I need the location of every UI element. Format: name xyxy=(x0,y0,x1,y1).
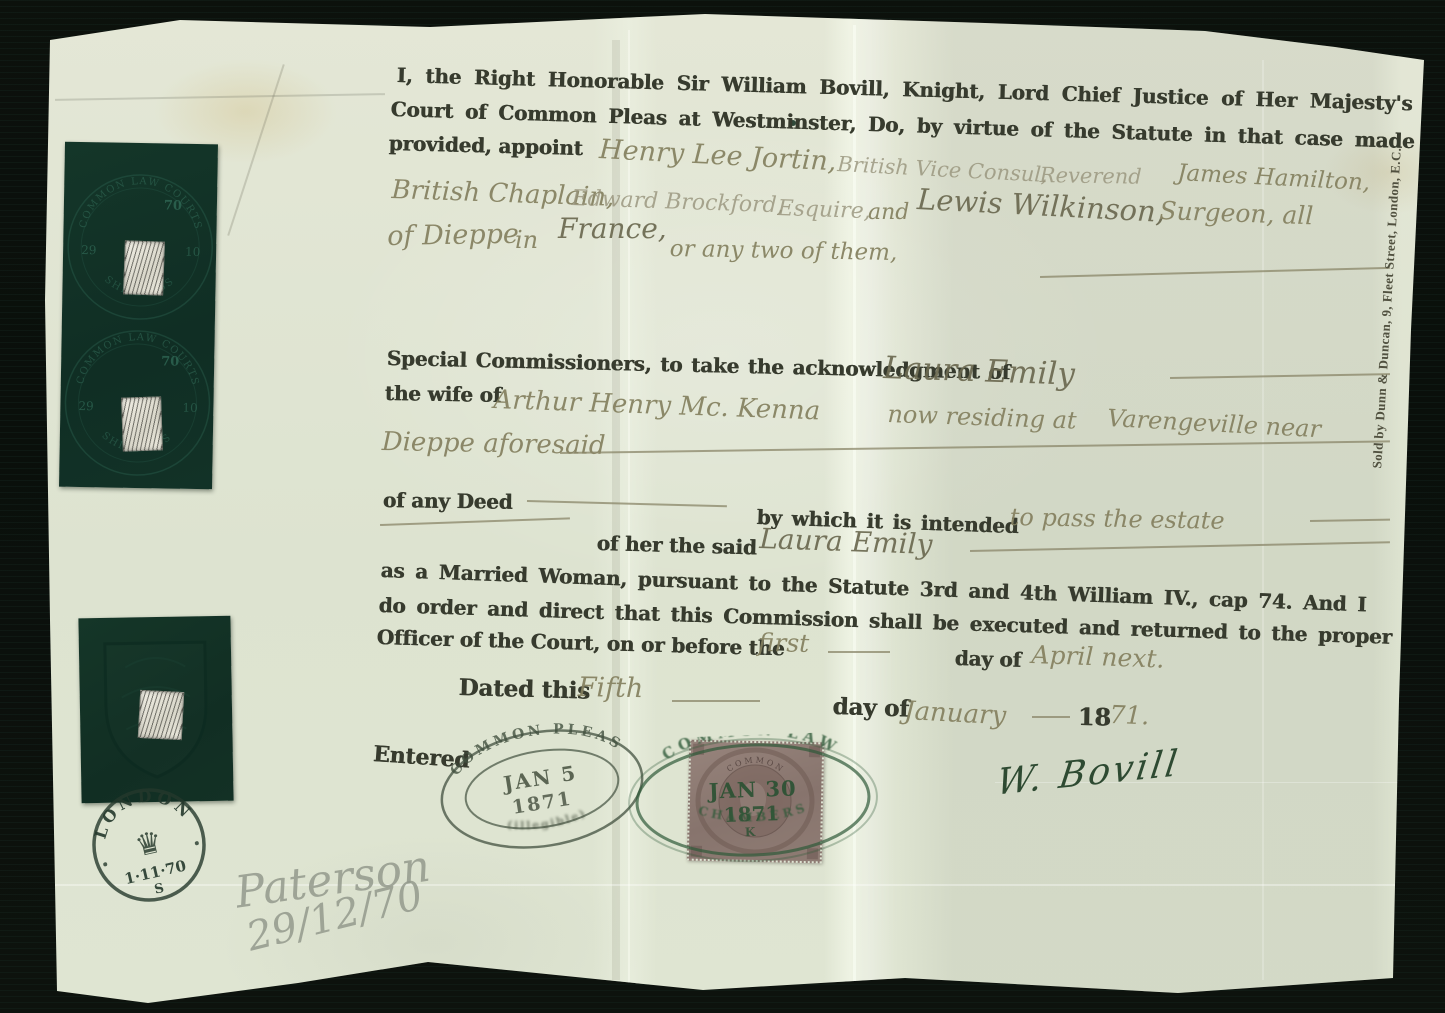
handwritten-return-month: April next. xyxy=(1031,640,1165,674)
handwritten-word: and xyxy=(868,200,909,225)
handwritten-year: 71. xyxy=(1109,700,1150,730)
seal-number: 10 xyxy=(185,245,201,259)
printed-line: Dated this xyxy=(458,674,590,705)
handwritten-appointee-name: James Hamilton, xyxy=(1177,160,1371,196)
seal-number: 10 xyxy=(182,401,198,415)
dot-ornament xyxy=(103,862,108,867)
handwritten-word: in xyxy=(515,226,538,254)
ruled-line xyxy=(527,500,727,507)
printed-line: of her the said xyxy=(596,531,757,559)
svg-text:COMMON LAW COURTS: COMMON LAW COURTS xyxy=(78,175,205,232)
seal-number: 29 xyxy=(81,243,97,257)
ruled-line xyxy=(1170,373,1390,378)
fold-crease-horizontal xyxy=(55,93,385,101)
handwritten-appointee-name: Henry Lee Jortin, xyxy=(598,134,837,177)
handwritten-said-name: Laura Emily xyxy=(759,522,933,561)
handwritten-appointee-name: Lewis Wilkinson, xyxy=(916,182,1166,229)
ruled-line xyxy=(970,541,1390,551)
seal-number: 70 xyxy=(164,198,182,213)
ruled-line xyxy=(1040,267,1390,278)
ruled-line xyxy=(1032,716,1070,718)
printed-line: provided, appoint xyxy=(388,131,583,160)
printed-line: the wife of xyxy=(385,381,502,407)
seller-imprint: Sold by Dunn & Duncan, 9, Fleet Street, … xyxy=(1369,143,1405,473)
ruled-line xyxy=(1310,519,1390,522)
ruled-line xyxy=(672,700,760,702)
ruled-line xyxy=(380,517,570,525)
seal-number: 70 xyxy=(161,354,179,369)
handwritten-place: Dieppe aforesaid xyxy=(381,427,605,461)
printed-line: of any Deed xyxy=(383,488,513,514)
printed-line: day of xyxy=(954,646,1021,672)
handwritten-clause: or any two of them, xyxy=(670,236,898,266)
stamp-index-letter: K xyxy=(745,825,756,839)
handwritten-word: Reverend xyxy=(1040,163,1142,189)
handwritten-appointee-title: Surgeon, all xyxy=(1159,196,1314,230)
signature-w-bovill: W. Bovill xyxy=(994,743,1182,804)
handwritten-clause: now residing at xyxy=(887,400,1077,435)
fold-crease-vertical xyxy=(1262,60,1264,980)
london-index-letter: S xyxy=(153,881,166,898)
handwritten-return-day: first xyxy=(757,628,809,658)
foil-security-patch xyxy=(121,396,163,451)
seal-number: 29 xyxy=(78,399,94,413)
handwritten-dated-day: Fifth xyxy=(577,672,643,704)
parchment-document: I, the Right Honorable Sir William Bovil… xyxy=(0,0,1445,1013)
printed-year: 18 xyxy=(1077,702,1111,732)
svg-text:COMMON LAW COURTS: COMMON LAW COURTS xyxy=(75,331,202,388)
oval-arc-text: COMMON LAW xyxy=(658,730,844,764)
handwritten-place: France, xyxy=(558,212,667,245)
svg-text:COMMON LAW: COMMON LAW xyxy=(658,730,844,764)
seal-arc-text: COMMON LAW COURTS xyxy=(78,175,205,232)
fold-crease-diagonal xyxy=(227,64,285,236)
handwritten-place: Varengeville near xyxy=(1107,404,1322,443)
handwritten-acknowledger-name: Laura Emily xyxy=(883,350,1076,393)
handwritten-appointee-title: British Vice Consul, xyxy=(837,152,1049,187)
jan30-oval-overprint: COMMON LAW JAN 30 1871 K CHAMBERS xyxy=(618,730,888,869)
stamp-date-text: JAN 30 xyxy=(706,775,797,803)
ruled-line xyxy=(560,440,1390,453)
foil-security-patch xyxy=(123,240,165,295)
printed-line: Officer of the Court, on or before the xyxy=(376,625,784,660)
handwritten-appointee-title: Esquire, xyxy=(777,196,871,224)
handwritten-estate-clause: to pass the estate xyxy=(1010,503,1225,535)
foil-security-patch xyxy=(138,690,184,740)
handwritten-husband-name: Arthur Henry Mc. Kenna xyxy=(493,385,821,426)
seal-arc-text: COMMON LAW COURTS xyxy=(75,331,202,388)
crown-icon: ♛ xyxy=(132,824,166,864)
ruled-line xyxy=(828,651,890,653)
handwritten-place: of Dieppe xyxy=(387,219,519,252)
printed-line: day of xyxy=(832,693,909,723)
handwritten-dated-month: January xyxy=(903,696,1006,731)
scan-background: I, the Right Honorable Sir William Bovil… xyxy=(0,0,1445,1013)
dot-ornament xyxy=(194,841,199,846)
